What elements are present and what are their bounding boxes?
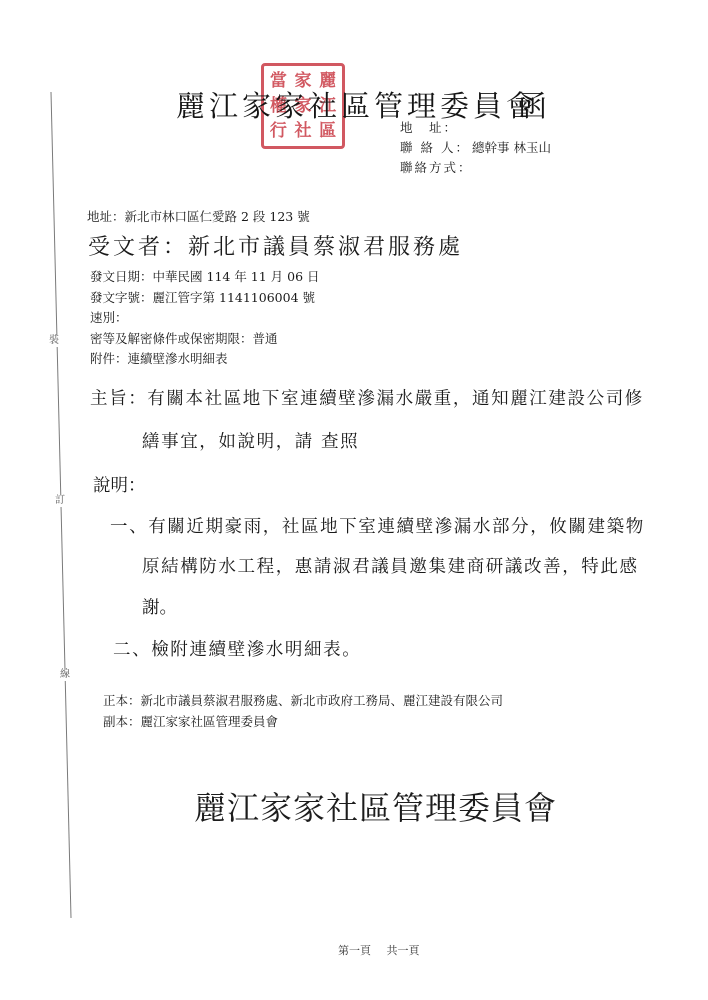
confidentiality: 密等及解密條件或保密期限：普通 [90, 329, 320, 350]
document-title: 麗江家家社區管理委員會 [176, 84, 539, 125]
explanation-item-1: 一、有關近期豪雨，社區地下室連續壁滲漏水部分，攸關建築物 [110, 513, 645, 538]
binding-line [0, 0, 708, 1000]
explanation-item-1-cont: 原結構防水工程，惠請淑君議員邀集建商研議改善，特此感 [142, 553, 639, 578]
copies-block: 正本：新北市議員蔡淑君服務處、新北市政府工務局、麗江建設有限公司 副本：麗江家家… [103, 690, 503, 732]
original-recipients: 正本：新北市議員蔡淑君服務處、新北市政府工務局、麗江建設有限公司 [103, 690, 503, 711]
explanation-item-2: 二、檢附連續壁滲水明細表。 [113, 636, 361, 661]
explanation-item-1-cont: 謝。 [142, 594, 177, 619]
contact-block: 地 址： 聯 絡 人： 總幹事 林玉山 聯絡方式： [400, 118, 551, 178]
contact-method-row: 聯絡方式： [400, 158, 551, 178]
page-current: 第一頁 [338, 944, 371, 957]
recipient: 受文者：新北市議員蔡淑君服務處 [88, 230, 463, 261]
subject-line-2: 繕事宜，如說明，請 查照 [142, 428, 359, 453]
page-number: 第一頁 共一頁 [338, 942, 420, 958]
contact-person-row: 聯 絡 人： 總幹事 林玉山 [400, 138, 551, 158]
document-number: 發文字號：麗江管字第 1141106004 號 [90, 288, 320, 309]
page-total: 共一頁 [387, 944, 420, 957]
binding-mark-zhuang: 裝 [49, 335, 59, 347]
binding-mark-ding: 訂 [55, 495, 65, 507]
attachment: 附件：連續壁滲水明細表 [90, 349, 320, 370]
issue-date: 發文日期：中華民國 114 年 11 月 06 日 [90, 267, 320, 288]
binding-mark-xian: 線 [60, 669, 70, 681]
subject-line-1: 主旨：有關本社區地下室連續壁滲漏水嚴重，通知麗江建設公司修 [90, 385, 644, 410]
explanation-label: 說明： [93, 472, 146, 497]
urgency: 速別： [90, 308, 320, 329]
copy-recipients: 副本：麗江家家社區管理委員會 [103, 711, 503, 732]
recipient-address: 地址：新北市林口區仁愛路 2 段 123 號 [87, 207, 310, 225]
document-meta: 發文日期：中華民國 114 年 11 月 06 日 發文字號：麗江管字第 114… [90, 267, 320, 370]
signature: 麗江家家社區管理委員會 [194, 783, 557, 829]
